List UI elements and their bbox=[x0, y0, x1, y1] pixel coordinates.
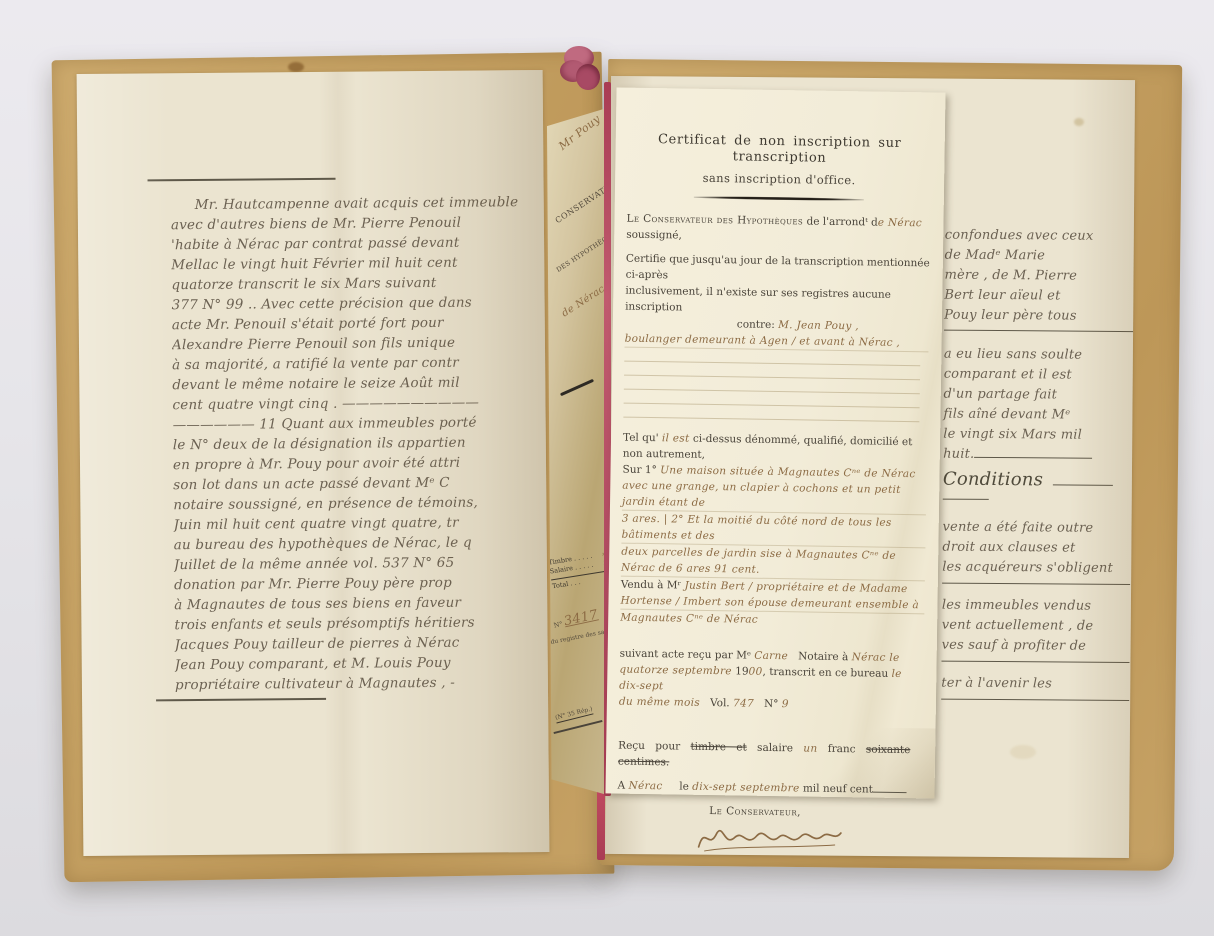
manuscript-line: les acquéreurs s'obligent bbox=[942, 558, 1132, 579]
manuscript-line: comparant et il est bbox=[944, 365, 1134, 386]
manuscript-line: 377 N° 99 .. Avec cette précision que da… bbox=[172, 292, 544, 315]
binding-ribbon-bottom bbox=[597, 786, 605, 860]
manuscript-line: vent actuellement , de bbox=[942, 616, 1132, 637]
paragraph-divider-rule bbox=[941, 699, 1129, 701]
manuscript-line: fils aîné devant Mᵉ bbox=[943, 405, 1133, 426]
conditions-heading: Conditions bbox=[943, 467, 1133, 494]
manuscript-line: trois enfants et seuls présomptifs hérit… bbox=[174, 612, 546, 635]
photographed-notarial-document: Mr. Hautcampenne avait acquis cet immeub… bbox=[0, 0, 1214, 936]
manuscript-line: acte Mr. Penouil s'était porté fort pour bbox=[172, 312, 544, 335]
manuscript-line: quatorze transcrit le six Mars suivant bbox=[171, 272, 543, 295]
flap-registry-number: N° 3417 bbox=[552, 607, 599, 631]
manuscript-line: en propre à Mr. Pouy pour avoir été attr… bbox=[173, 452, 545, 475]
sur-handwritten-2: avec une grange, un clapier à cochons et… bbox=[622, 478, 926, 516]
flap-form-reference: (N° 35 Rép.) bbox=[554, 706, 593, 724]
manuscript-line: ter à l'avenir les bbox=[941, 674, 1131, 695]
manuscript-line: droit aux clauses et bbox=[942, 538, 1132, 559]
manuscript-line: 'habite à Nérac par contrat passé devant bbox=[171, 232, 543, 255]
certificate-subtitle: sans inscription d'office. bbox=[627, 169, 931, 190]
left-page-bottom-rule bbox=[156, 698, 326, 701]
manuscript-line: de Madᵉ Marie bbox=[945, 246, 1135, 267]
manuscript-line: les immeubles vendus bbox=[942, 596, 1132, 617]
paragraph-divider-rule bbox=[942, 583, 1130, 585]
certificate-content: Certificat de non inscription sur transc… bbox=[616, 132, 931, 864]
sur-handwritten-3: 3 ares. | 2° Et la moitié du côté nord d… bbox=[621, 511, 925, 549]
left-page-manuscript: Mr. Hautcampenne avait acquis cet immeub… bbox=[171, 192, 547, 695]
manuscript-line: à sa majorité, a ratifié la vente par co… bbox=[172, 352, 544, 375]
acte-line-3: du même mois Vol. 747 N° 9 bbox=[619, 694, 923, 715]
manuscript-line: Jean Pouy comparant, et M. Louis Pouy bbox=[175, 652, 547, 675]
manuscript-line: confondues avec ceux bbox=[945, 226, 1135, 247]
certify-line-1: Certifie que jusqu'au jour de la transcr… bbox=[626, 251, 930, 288]
conservateur-signoff: Le Conservateur, bbox=[617, 802, 921, 823]
page-stain bbox=[1010, 745, 1036, 759]
manuscript-line: donation par Mr. Pierre Pouy père prop bbox=[174, 572, 546, 595]
manuscript-line: propriétaire cultivateur à Magnautes , - bbox=[175, 672, 547, 695]
left-page-top-rule bbox=[148, 178, 336, 181]
manuscript-line: au bureau des hypothèques de Nérac, le q bbox=[174, 532, 546, 555]
certificate-folded-flap: Mr Pouy CONSERVATION DES HYPOTHÈQUES de … bbox=[547, 104, 611, 796]
sur-handwritten-4: deux parcelles de jardin sise à Magnaute… bbox=[621, 544, 925, 582]
binding-ribbon-knot bbox=[560, 44, 602, 96]
manuscript-line: —————— 11 Quant aux immeubles porté bbox=[173, 412, 545, 435]
manuscript-line: Jacques Pouy tailleur de pierres à Nérac bbox=[174, 632, 546, 655]
manuscript-line: Alexandre Pierre Penouil son fils unique bbox=[172, 332, 544, 355]
certify-line-2: inclusivement, il n'existe sur ses regis… bbox=[625, 283, 929, 320]
manuscript-line: avec d'autres biens de Mr. Pierre Penoui… bbox=[171, 212, 543, 235]
manuscript-line: a eu lieu sans soulte bbox=[944, 345, 1134, 366]
manuscript-line: Mellac le vingt huit Février mil huit ce… bbox=[171, 252, 543, 275]
certificate-form: Certificat de non inscription sur transc… bbox=[605, 87, 945, 798]
paragraph-divider-rule bbox=[944, 330, 1135, 333]
flap-handwritten-place: de Nérac bbox=[560, 284, 607, 320]
recu-line: Reçu pour timbre et salaire un franc soi… bbox=[618, 738, 922, 775]
page-stain bbox=[1074, 118, 1084, 126]
heading-underline bbox=[943, 499, 989, 500]
manuscript-line: devant le même notaire le seize Août mil bbox=[172, 372, 544, 395]
vendu-handwritten-3: Magnautes Cⁿᵉ de Nérac bbox=[620, 610, 924, 631]
left-page: Mr. Hautcampenne avait acquis cet immeub… bbox=[77, 70, 550, 856]
manuscript-line: ves sauf à profiter de bbox=[942, 636, 1132, 657]
manuscript-line: cent quatre vingt cinq . —————————— bbox=[172, 392, 544, 415]
certificate-title: Certificat de non inscription sur transc… bbox=[627, 132, 931, 169]
flap-fees-table: Timbre . . . . .» Salaire . . . . .1 Tot… bbox=[548, 550, 610, 592]
manuscript-line: Juin mil huit cent quatre vingt quatre, … bbox=[173, 512, 545, 535]
decorative-tapered-rule bbox=[694, 196, 864, 202]
manuscript-line: à Magnautes de tous ses biens en faveur bbox=[174, 592, 546, 615]
manuscript-line: son lot dans un acte passé devant Mᵉ C bbox=[173, 472, 545, 495]
flap-ink-dash bbox=[560, 379, 594, 396]
right-page-manuscript: confondues avec ceux de Madᵉ Marie mère … bbox=[941, 226, 1135, 713]
manuscript-line: d'un partage fait bbox=[943, 385, 1133, 406]
manuscript-line: Juillet de la même année vol. 537 N° 65 bbox=[174, 552, 546, 575]
manuscript-line: le N° deux de la désignation ils apparti… bbox=[173, 432, 545, 455]
manuscript-line: le vingt six Mars mil bbox=[943, 425, 1133, 446]
cover-stain bbox=[288, 62, 304, 72]
manuscript-line: vente a été faite outre bbox=[942, 518, 1132, 539]
manuscript-line: Bert leur aïeul et bbox=[944, 286, 1134, 307]
manuscript-line: Mr. Hautcampenne avait acquis cet immeub… bbox=[171, 192, 543, 215]
manuscript-line: mère , de M. Pierre bbox=[944, 266, 1134, 287]
acte-line-2: quatorze septembre 1900, transcrit en ce… bbox=[619, 662, 923, 699]
paragraph-divider-rule bbox=[941, 661, 1129, 663]
date-place-line: A Nérac le dix-sept septembre mil neuf c… bbox=[617, 778, 921, 799]
manuscript-line: huit. bbox=[943, 445, 1133, 466]
manuscript-line: Pouy leur père tous bbox=[944, 306, 1134, 327]
conservateur-signature bbox=[695, 821, 846, 857]
manuscript-line: notaire soussigné, en présence de témoin… bbox=[173, 492, 545, 515]
